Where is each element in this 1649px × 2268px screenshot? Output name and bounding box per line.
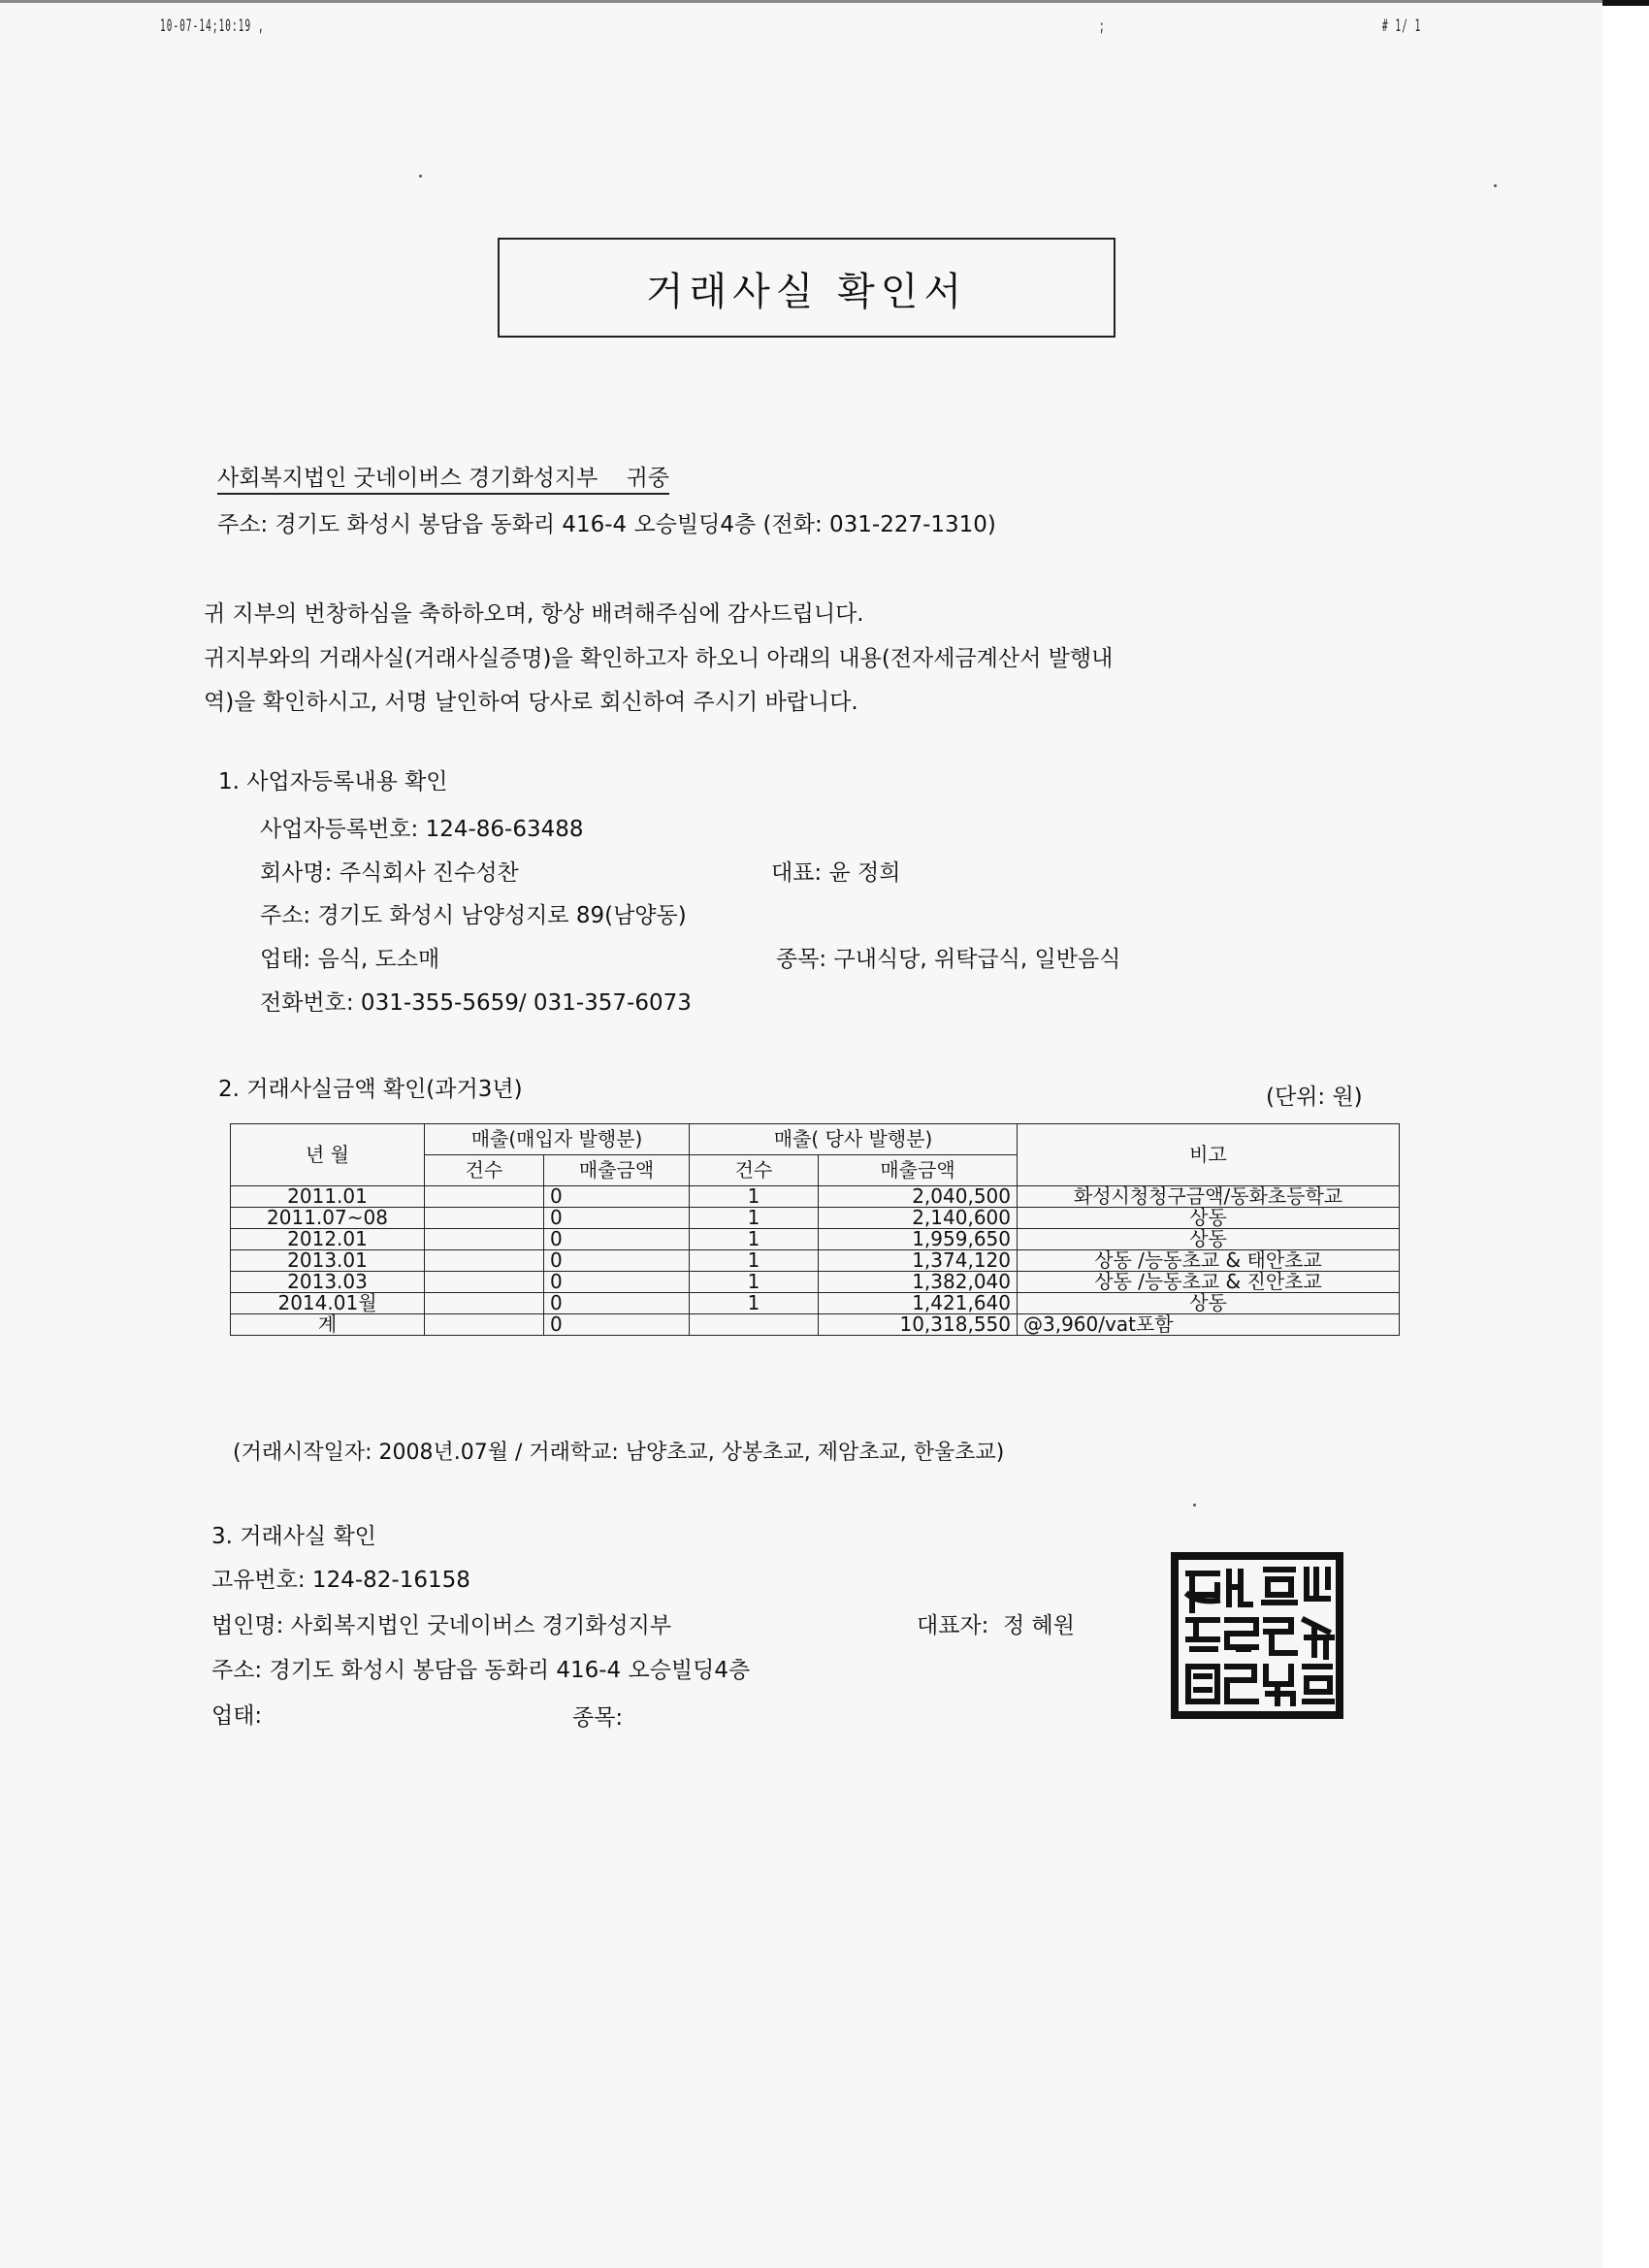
document-title: 거래사실 확인서 xyxy=(500,261,1114,316)
table-row: 2011.01012,040,500화성시청청구금액/동화초등학교 xyxy=(231,1186,1400,1208)
cell-buyer-count xyxy=(425,1186,544,1208)
header-period: 년 월 xyxy=(231,1124,425,1186)
cell-buyer-amount: 0 xyxy=(544,1250,690,1272)
section3-heading: 3. 거래사실 확인 xyxy=(211,1518,376,1550)
transaction-table-body: 2011.01012,040,500화성시청청구금액/동화초등학교2011.07… xyxy=(231,1186,1400,1336)
cell-buyer-amount: 0 xyxy=(544,1186,690,1208)
company-representative: 대표: 윤 정희 xyxy=(771,855,900,887)
cell-company-amount: 1,421,640 xyxy=(819,1293,1018,1314)
cell-period: 2013.03 xyxy=(231,1272,425,1293)
scan-speck xyxy=(1494,184,1497,187)
cell-remarks: 상동 xyxy=(1018,1208,1400,1229)
scan-speck xyxy=(1193,1504,1196,1507)
header-buyer-count: 건수 xyxy=(425,1155,544,1186)
cell-remarks: 상동 xyxy=(1018,1229,1400,1250)
cell-company-count: 1 xyxy=(690,1250,819,1272)
cell-buyer-amount: 0 xyxy=(544,1208,690,1229)
corp-business-item: 종목: xyxy=(572,1700,623,1732)
transaction-footnote: (거래시작일자: 2008년.07월 / 거래학교: 남양초교, 상봉초교, 제… xyxy=(233,1436,1004,1466)
cell-remarks: 화성시청청구금액/동화초등학교 xyxy=(1018,1186,1400,1208)
business-type: 업태: 음식, 도소매 xyxy=(260,941,439,973)
business-item: 종목: 구내식당, 위탁급식, 일반음식 xyxy=(776,941,1120,973)
cell-period: 계 xyxy=(231,1314,425,1336)
company-address: 주소: 경기도 화성시 남양성지로 89(남양동) xyxy=(260,897,687,929)
fax-separator: ; xyxy=(1099,16,1106,36)
cell-buyer-count xyxy=(425,1250,544,1272)
title-box: 거래사실 확인서 xyxy=(498,238,1115,338)
intro-line-2: 귀지부와의 거래사실(거래사실증명)을 확인하고자 하오니 아래의 내용(전자세… xyxy=(204,640,1113,672)
cell-buyer-amount: 0 xyxy=(544,1293,690,1314)
recipient-address: 주소: 경기도 화성시 봉담읍 동화리 416-4 오승빌딩4층 (전화: 03… xyxy=(217,506,996,538)
intro-line-1: 귀 지부의 번창하심을 축하하오며, 항상 배려해주심에 감사드립니다. xyxy=(204,596,864,628)
table-row: 2013.01011,374,120상동 /능동초교 & 태안초교 xyxy=(231,1250,1400,1272)
unit-label: (단위: 원) xyxy=(1266,1079,1363,1111)
cell-company-count: 1 xyxy=(690,1272,819,1293)
table-row: 2012.01011,959,650상동 xyxy=(231,1229,1400,1250)
unique-no: 고유번호: 124-82-16158 xyxy=(211,1562,470,1594)
cell-buyer-count xyxy=(425,1208,544,1229)
cell-company-count: 1 xyxy=(690,1293,819,1314)
cell-buyer-amount: 0 xyxy=(544,1314,690,1336)
corp-address: 주소: 경기도 화성시 봉담읍 동화리 416-4 오승빌딩4층 xyxy=(211,1652,750,1684)
table-row: 2011.07~08012,140,600상동 xyxy=(231,1208,1400,1229)
scan-edge-top xyxy=(0,0,1602,3)
cell-remarks: 상동 xyxy=(1018,1293,1400,1314)
scan-speck xyxy=(419,175,422,178)
header-buyer-issued: 매출(매입자 발행분) xyxy=(425,1124,690,1155)
header-company-amount: 매출금액 xyxy=(819,1155,1018,1186)
cell-period: 2013.01 xyxy=(231,1250,425,1272)
scan-edge-right xyxy=(1602,0,1649,2268)
cell-remarks: 상동 /능동초교 & 진안초교 xyxy=(1018,1272,1400,1293)
cell-company-amount: 2,040,500 xyxy=(819,1186,1018,1208)
cell-period: 2014.01월 xyxy=(231,1293,425,1314)
header-company-count: 건수 xyxy=(690,1155,819,1186)
cell-company-amount: 2,140,600 xyxy=(819,1208,1018,1229)
cell-buyer-amount: 0 xyxy=(544,1272,690,1293)
recipient-name: 사회복지법인 굿네이버스 경기화성지부 귀중 xyxy=(217,460,669,492)
cell-remarks: 상동 /능동초교 & 태안초교 xyxy=(1018,1250,1400,1272)
corp-representative: 대표자: 정 혜원 xyxy=(917,1607,1075,1639)
cell-buyer-amount: 0 xyxy=(544,1229,690,1250)
cell-buyer-count xyxy=(425,1272,544,1293)
fax-page-indicator: # 1/ 1 xyxy=(1382,16,1421,36)
header-remarks: 비고 xyxy=(1018,1124,1400,1186)
cell-buyer-count xyxy=(425,1314,544,1336)
cell-company-count: 1 xyxy=(690,1186,819,1208)
cell-company-count: 1 xyxy=(690,1229,819,1250)
table-row: 2014.01월011,421,640상동 xyxy=(231,1293,1400,1314)
cell-company-amount: 1,959,650 xyxy=(819,1229,1018,1250)
cell-period: 2011.01 xyxy=(231,1186,425,1208)
cell-company-count: 1 xyxy=(690,1208,819,1229)
recipient-name-text: 사회복지법인 굿네이버스 경기화성지부 귀중 xyxy=(217,466,669,495)
header-company-issued: 매출( 당사 발행분) xyxy=(690,1124,1018,1155)
section2-heading: 2. 거래사실금액 확인(과거3년) xyxy=(218,1071,523,1103)
cell-period: 2011.07~08 xyxy=(231,1208,425,1229)
company-phone: 전화번호: 031-355-5659/ 031-357-6073 xyxy=(260,985,692,1017)
company-name: 회사명: 주식회사 진수성찬 xyxy=(260,855,519,887)
cell-buyer-count xyxy=(425,1229,544,1250)
cell-period: 2012.01 xyxy=(231,1229,425,1250)
section1-heading: 1. 사업자등록내용 확인 xyxy=(218,763,448,795)
table-row: 2013.03011,382,040상동 /능동초교 & 진안초교 xyxy=(231,1272,1400,1293)
corp-name: 법인명: 사회복지법인 굿네이버스 경기화성지부 xyxy=(211,1607,671,1639)
fax-timestamp: 10-07-14;10:19 , xyxy=(160,16,265,36)
business-reg-no: 사업자등록번호: 124-86-63488 xyxy=(260,811,584,843)
cell-company-amount: 1,374,120 xyxy=(819,1250,1018,1272)
transaction-table: 년 월 매출(매입자 발행분) 매출( 당사 발행분) 비고 건수 매출금액 건… xyxy=(230,1123,1400,1336)
official-seal-icon xyxy=(1171,1552,1343,1719)
cell-buyer-count xyxy=(425,1293,544,1314)
cell-company-count xyxy=(690,1314,819,1336)
intro-line-3: 역)을 확인하시고, 서명 날인하여 당사로 회신하여 주시기 바랍니다. xyxy=(204,684,858,716)
corp-business-type: 업태: xyxy=(211,1698,262,1730)
table-total-row: 계010,318,550@3,960/vat포함 xyxy=(231,1314,1400,1336)
cell-remarks: @3,960/vat포함 xyxy=(1018,1314,1400,1336)
cell-company-amount: 1,382,040 xyxy=(819,1272,1018,1293)
cell-company-amount: 10,318,550 xyxy=(819,1314,1018,1336)
header-buyer-amount: 매출금액 xyxy=(544,1155,690,1186)
